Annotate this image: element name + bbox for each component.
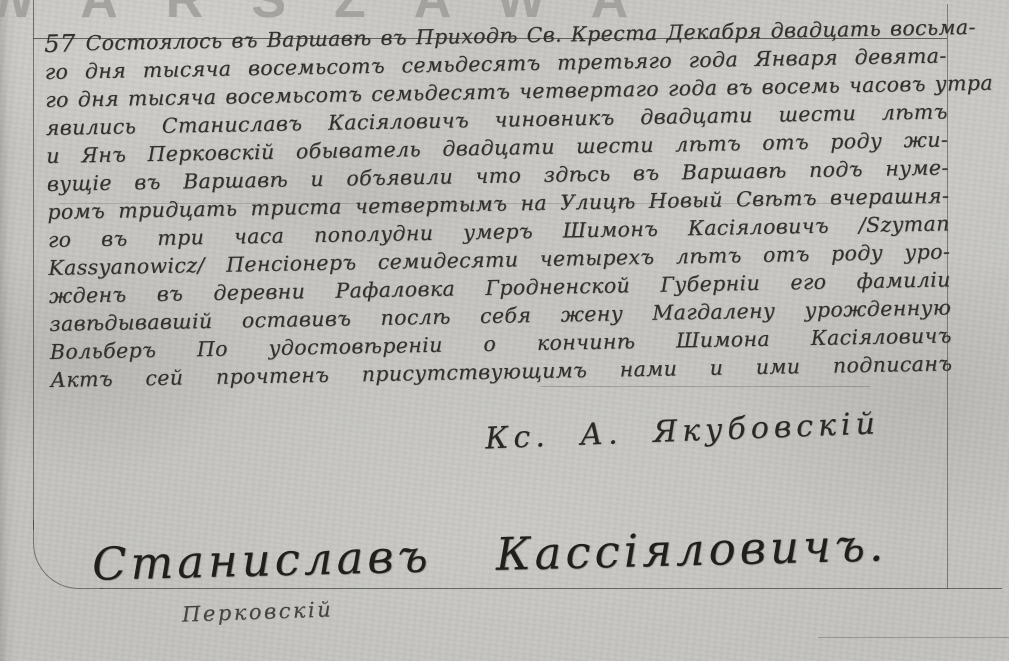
faint-ruled-line bbox=[540, 386, 870, 387]
main-signature: Станиславъ Кассіяловичъ. bbox=[91, 518, 892, 591]
registrar-signature: Кс. А. Якубовскій bbox=[484, 405, 925, 457]
scanned-document-page: { "watermark": { "text": "WARSZAWA" }, "… bbox=[0, 0, 1009, 661]
secondary-signature: Перковскій bbox=[182, 597, 334, 626]
handwritten-record-text: 57Состоялось въ Варшавѣ въ Приходѣ Св. К… bbox=[44, 13, 953, 393]
record-box-border-bottom bbox=[100, 588, 1002, 589]
record-box-border-left bbox=[33, 0, 34, 530]
faint-ruled-line bbox=[818, 637, 1009, 638]
record-number: 57 bbox=[44, 29, 86, 58]
